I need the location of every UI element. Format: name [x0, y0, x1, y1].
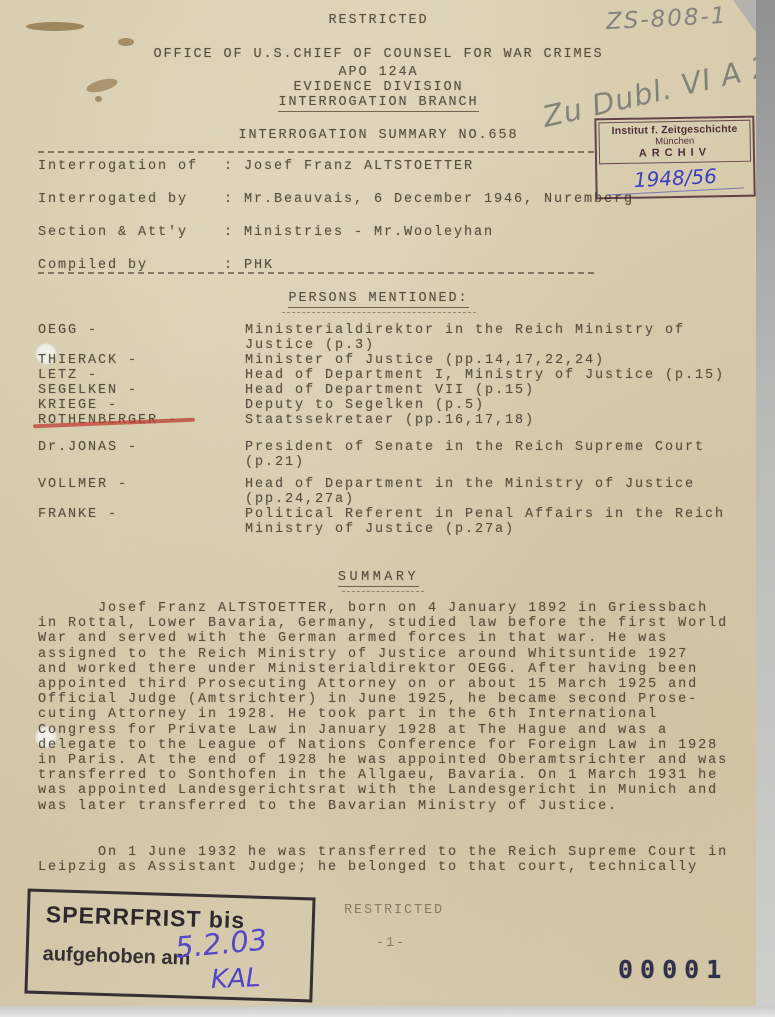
sperrfrist-initials-handwriting: KAL	[210, 963, 260, 995]
person-desc: President of Senate in the Reich Supreme…	[245, 440, 705, 470]
meta-label: Interrogation of	[38, 159, 224, 174]
scan-background-right	[756, 0, 775, 1017]
meta-row: Section & Att'y: Ministries - Mr.Wooleyh…	[38, 225, 738, 240]
person-name: VOLLMER -	[38, 477, 128, 492]
persons-heading-underline2	[282, 312, 476, 313]
archive-stamp: Institut f. Zeitgeschichte München ARCHI…	[594, 116, 755, 200]
meta-label: Interrogated by	[38, 192, 224, 207]
meta-value: : Mr.Beauvais, 6 December 1946, Nurember…	[224, 192, 634, 207]
document-serial-number: 00001	[618, 955, 728, 984]
archive-stamp-box: Institut f. Zeitgeschichte München ARCHI…	[598, 120, 751, 165]
person-name: LETZ -	[38, 368, 98, 383]
sperrfrist-line2: aufgehoben am	[42, 943, 190, 971]
footer-classification: RESTRICTED	[344, 903, 444, 918]
person-desc: Political Referent in Penal Affairs in t…	[245, 507, 725, 537]
persons-list: OEGG - Ministerialdirektor in the Reich …	[38, 320, 753, 550]
divider-dashed-compiled	[38, 272, 594, 274]
archive-number-handwriting: 1948/56	[607, 160, 744, 195]
person-desc: Ministerialdirektor in the Reich Ministr…	[245, 323, 685, 353]
summary-heading-row: SUMMARY	[0, 570, 757, 587]
person-name: OEGG -	[38, 323, 98, 338]
person-desc: Deputy to Segelken (p.5)	[245, 398, 485, 413]
office-title: OFFICE OF U.S.CHIEF OF COUNSEL FOR WAR C…	[0, 47, 757, 62]
archive-stamp-line3: ARCHIV	[602, 146, 748, 161]
persons-heading: PERSONS MENTIONED:	[288, 291, 468, 308]
person-desc: Head of Department VII (p.15)	[245, 383, 535, 398]
scan-background-bottom	[0, 1006, 775, 1017]
person-desc: Staatssekretaer (pp.16,17,18)	[245, 413, 535, 428]
meta-value: : Josef Franz ALTSTOETTER	[224, 159, 474, 174]
summary-paragraph-1: Josef Franz ALTSTOETTER, born on 4 Janua…	[38, 601, 754, 814]
person-desc: Head of Department I, Ministry of Justic…	[245, 368, 725, 383]
person-desc: Minister of Justice (pp.14,17,22,24)	[245, 353, 605, 368]
person-desc: Head of Department in the Ministry of Ju…	[245, 477, 695, 507]
meta-value: : Ministries - Mr.Wooleyhan	[224, 225, 494, 240]
zs-number-handwriting: ZS-808-1	[605, 3, 728, 35]
document-page: RESTRICTED OFFICE OF U.S.CHIEF OF COUNSE…	[0, 0, 757, 1006]
sperrfrist-stamp: SPERRFRIST bis aufgehoben am 5.2.03 KAL	[24, 889, 315, 1003]
meta-label: Compiled by	[38, 258, 224, 273]
person-name: FRANKE -	[38, 507, 118, 522]
meta-label: Section & Att'y	[38, 225, 224, 240]
classification-text: RESTRICTED	[328, 13, 428, 28]
person-name: KRIEGE -	[38, 398, 118, 413]
ink-stain	[118, 38, 134, 46]
branch-text: INTERROGATION BRANCH	[278, 95, 478, 112]
page-number: -1-	[376, 936, 406, 951]
summary-paragraph-2: On 1 June 1932 he was transferred to the…	[38, 845, 754, 875]
persons-heading-row: PERSONS MENTIONED:	[0, 291, 757, 308]
person-name: SEGELKEN -	[38, 383, 138, 398]
meta-value: : PHK	[224, 258, 274, 273]
summary-heading: SUMMARY	[338, 570, 419, 587]
divider-dashed-top	[38, 151, 594, 153]
meta-row: Compiled by: PHK	[38, 258, 738, 273]
person-name: THIERACK -	[38, 353, 138, 368]
summary-heading-underline2	[342, 591, 424, 592]
person-name: Dr.JONAS -	[38, 440, 138, 455]
sperrfrist-date-handwriting: 5.2.03	[174, 922, 269, 964]
